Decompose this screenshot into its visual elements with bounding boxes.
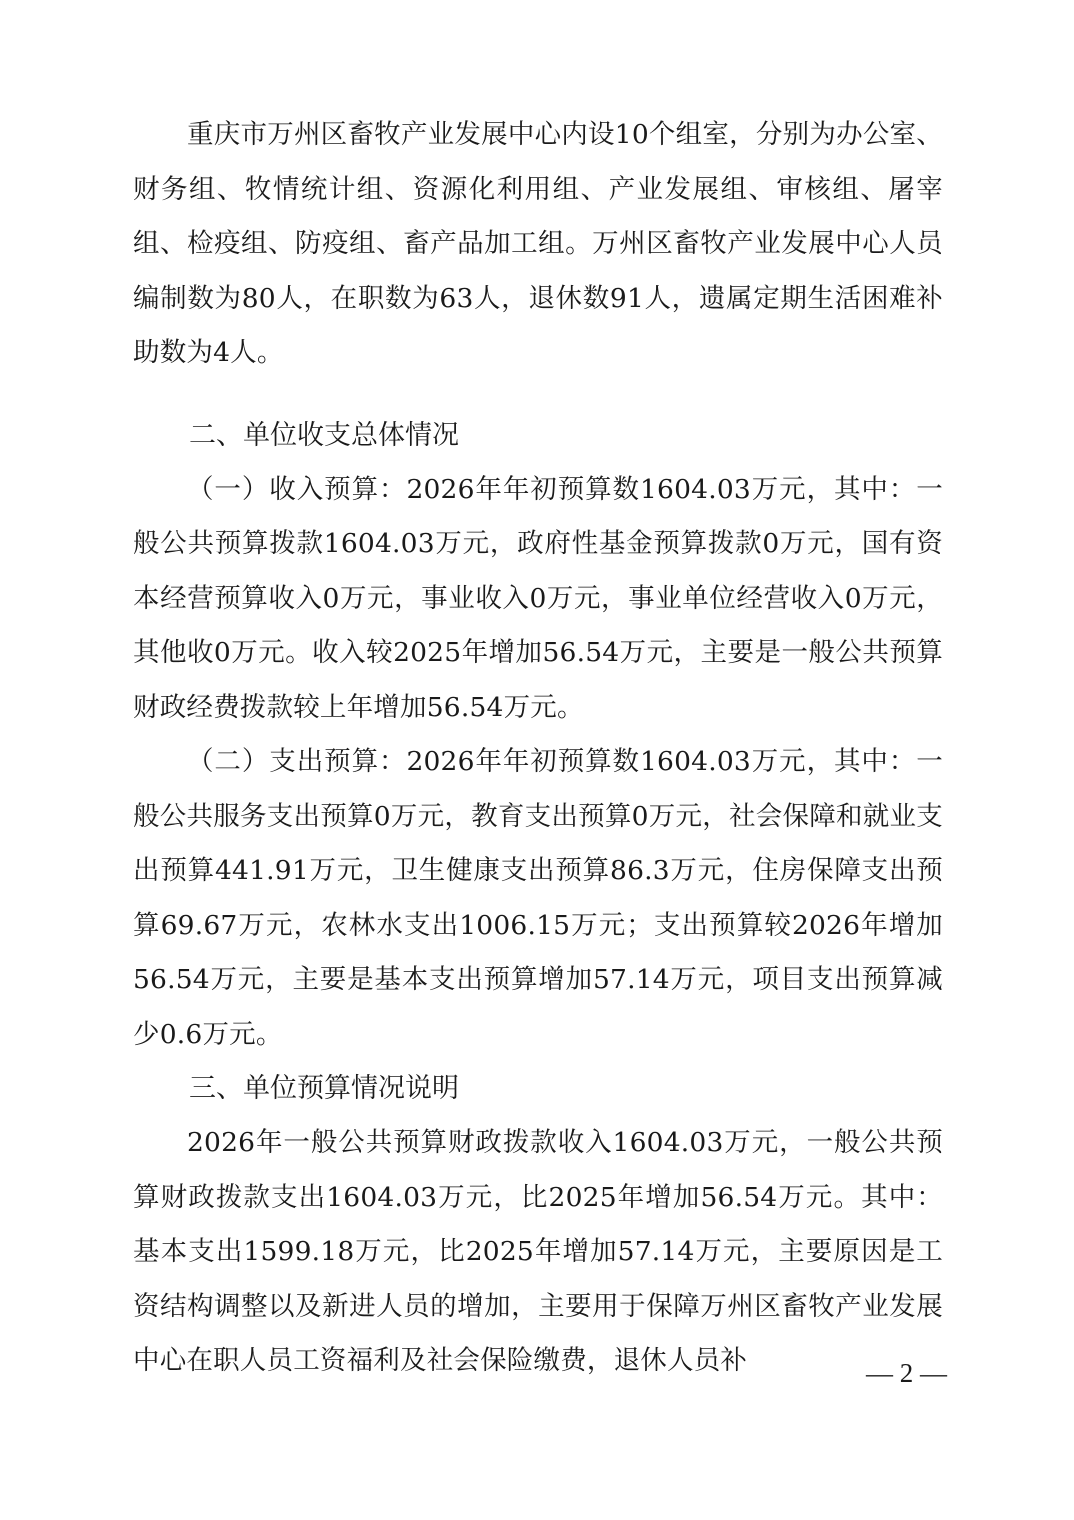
document-page: 重庆市万州区畜牧产业发展中心内设10个组室，分别为办公室、财务组、牧情统计组、资… [133, 108, 943, 1389]
paragraph-expenditure-budget: （二）支出预算：2026年年初预算数1604.03万元，其中：一般公共服务支出预… [133, 735, 943, 1062]
paragraph-income-budget: （一）收入预算：2026年年初预算数1604.03万元，其中：一般公共预算拨款1… [133, 463, 943, 736]
paragraph-organization-intro: 重庆市万州区畜牧产业发展中心内设10个组室，分别为办公室、财务组、牧情统计组、资… [133, 108, 943, 381]
spacer [133, 381, 943, 409]
section-heading-budget-explanation: 三、单位预算情况说明 [133, 1062, 943, 1116]
page-number: — 2 — [866, 1358, 947, 1389]
section-heading-overall-income-expenditure: 二、单位收支总体情况 [133, 409, 943, 463]
paragraph-budget-explanation: 2026年一般公共预算财政拨款收入1604.03万元，一般公共预算财政拨款支出1… [133, 1116, 943, 1389]
